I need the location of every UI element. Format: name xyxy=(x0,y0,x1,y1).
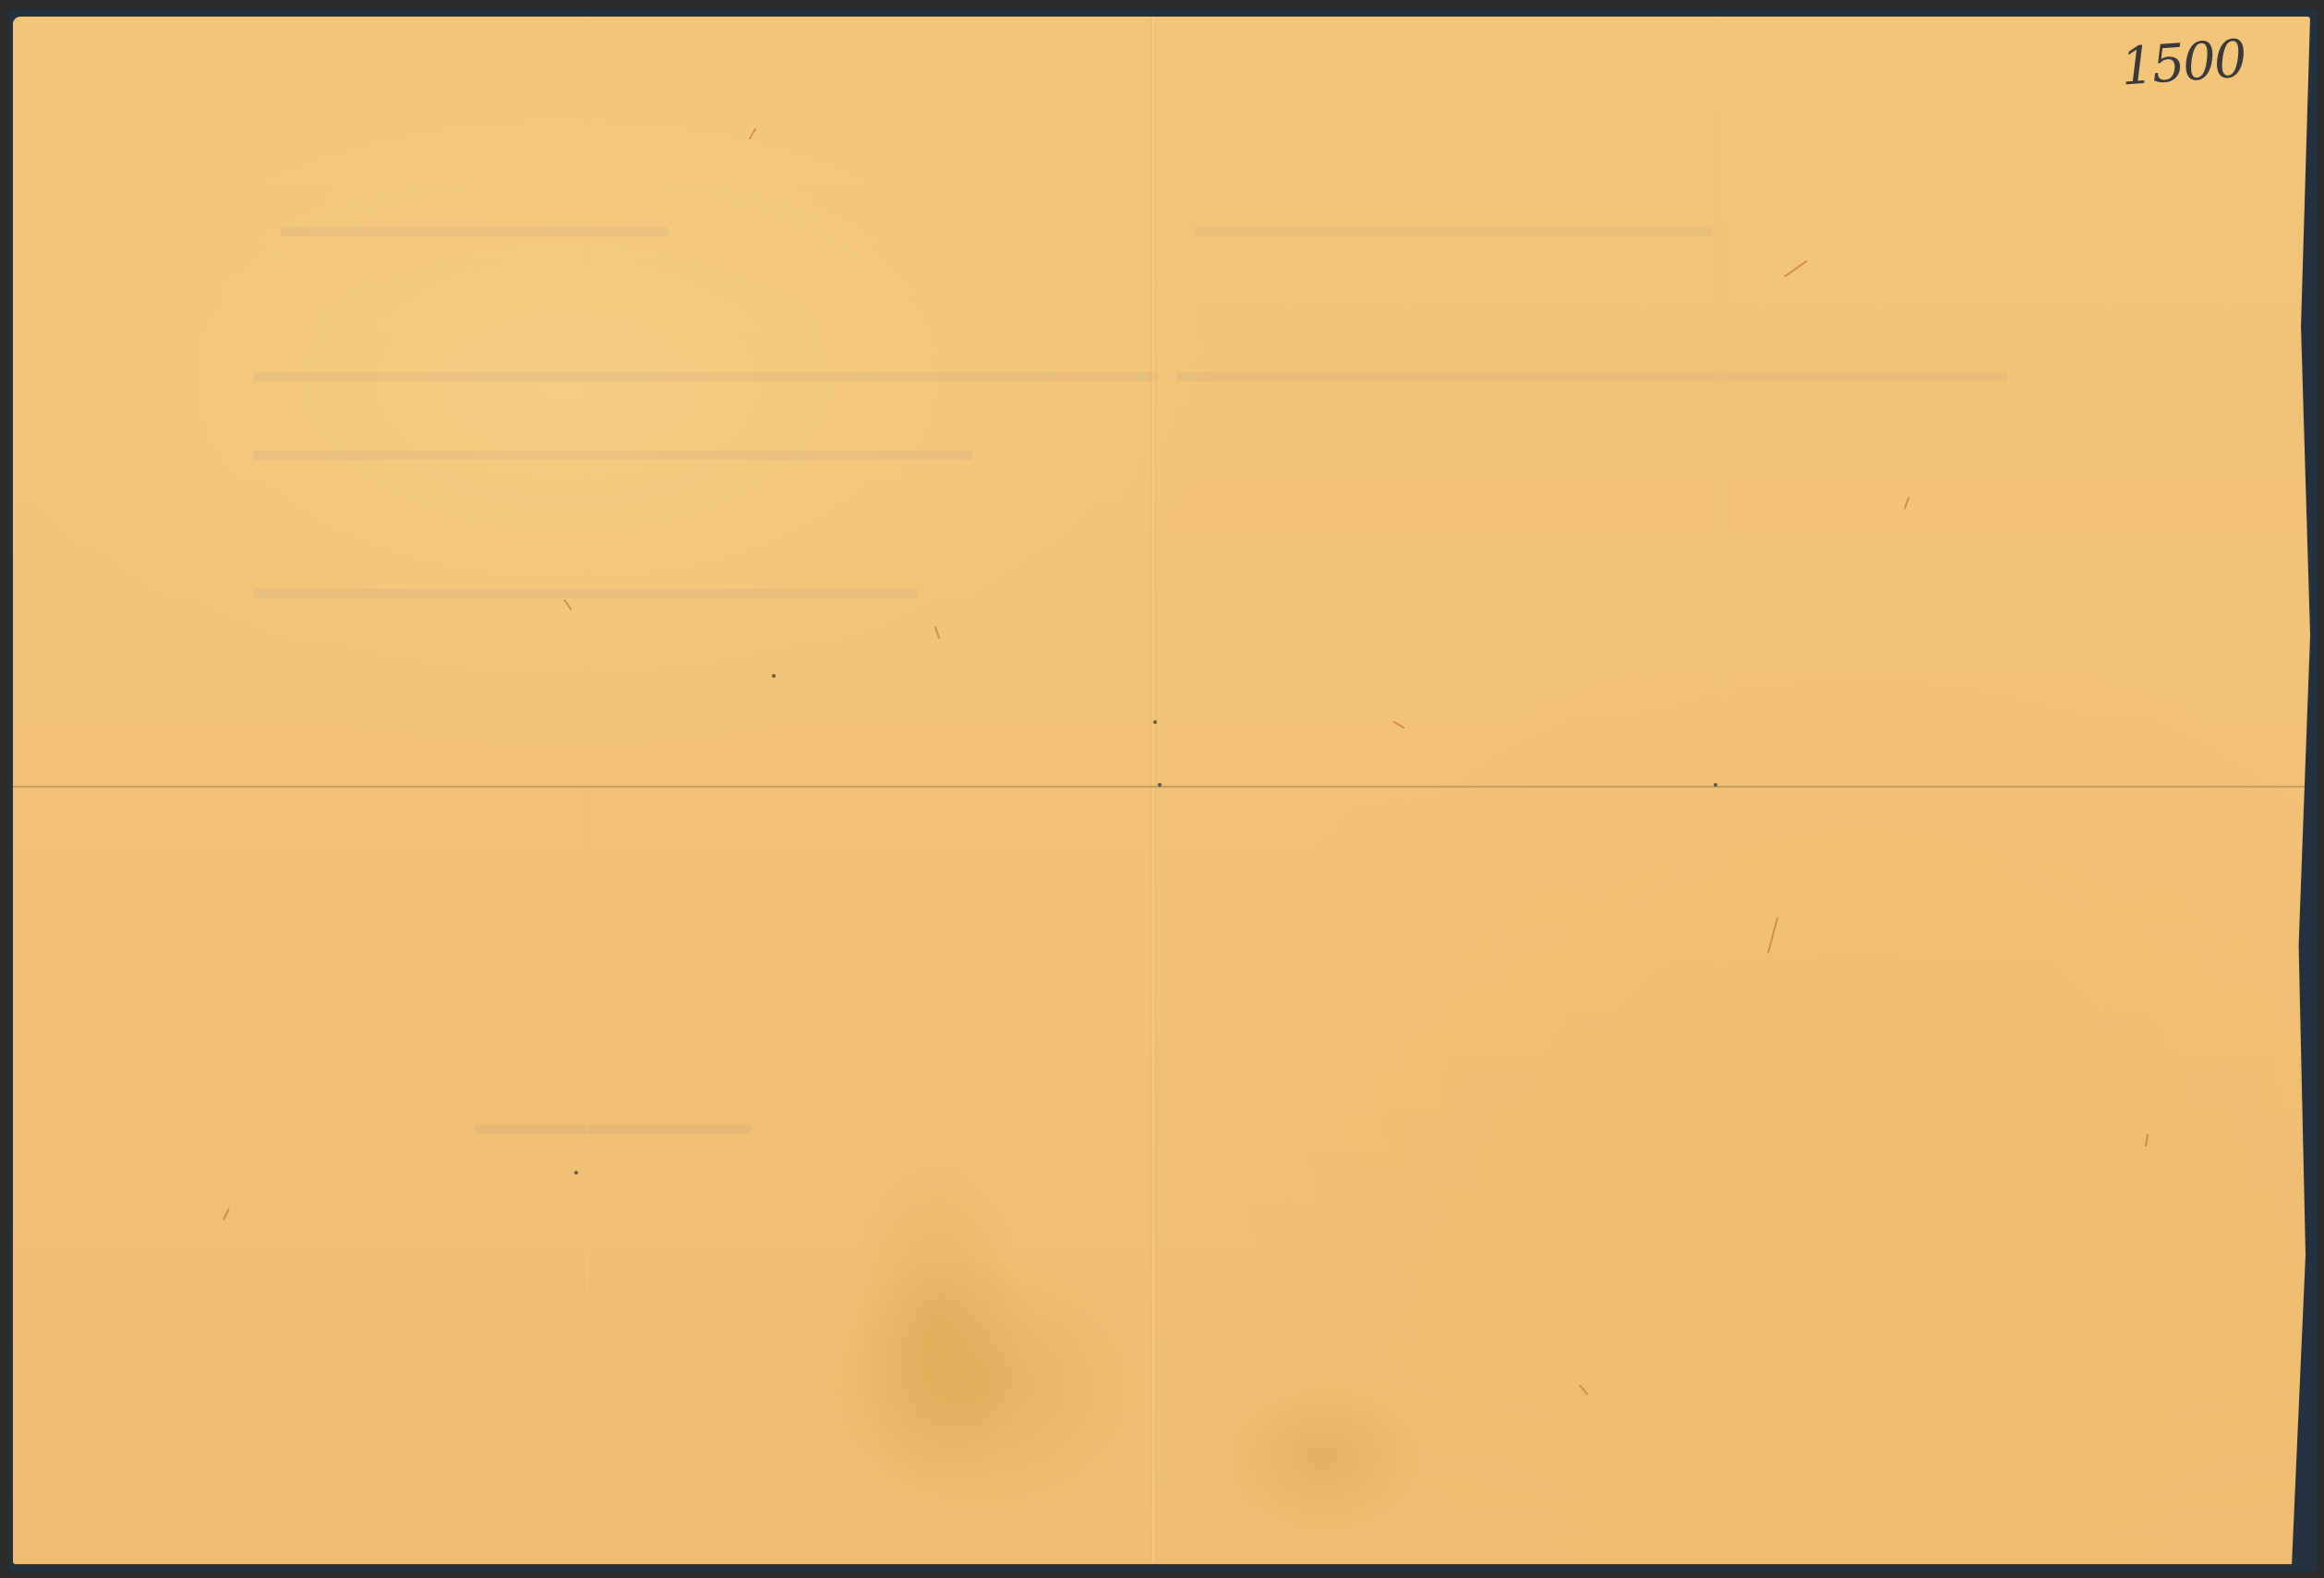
paper-fiber xyxy=(223,1208,230,1221)
vertical-fold-right xyxy=(1719,17,1723,1564)
horizontal-fold xyxy=(13,786,2310,789)
paper-fiber xyxy=(934,626,941,639)
bleed-through-text xyxy=(281,227,668,236)
vertical-fold-center xyxy=(1150,17,1156,1564)
paper-fiber xyxy=(1392,721,1404,729)
paper-speck xyxy=(1153,720,1157,724)
paper-speck xyxy=(574,1171,578,1174)
bleed-through-text xyxy=(1176,372,2007,381)
paper-speck xyxy=(1714,783,1717,787)
paper-fiber xyxy=(1579,1384,1589,1395)
paper-speck xyxy=(1158,783,1162,787)
bleed-through-text xyxy=(253,372,1158,381)
bleed-through-text xyxy=(253,451,973,460)
handwritten-note: 1500 xyxy=(2119,29,2247,97)
vertical-fold-left xyxy=(585,17,589,1564)
paper-sheet: 1500 xyxy=(13,17,2310,1564)
paper-fiber xyxy=(563,599,572,611)
paper-fiber xyxy=(1784,260,1808,278)
scanned-document: 1500 xyxy=(0,0,2324,1578)
paper-speck xyxy=(772,674,776,678)
paper-fiber xyxy=(749,127,757,139)
paper-fiber xyxy=(2145,1134,2149,1147)
bleed-through-text xyxy=(475,1125,752,1134)
paper-fiber xyxy=(1904,497,1910,510)
paper-fiber xyxy=(1767,917,1778,953)
bleed-through-text xyxy=(1195,227,1712,236)
